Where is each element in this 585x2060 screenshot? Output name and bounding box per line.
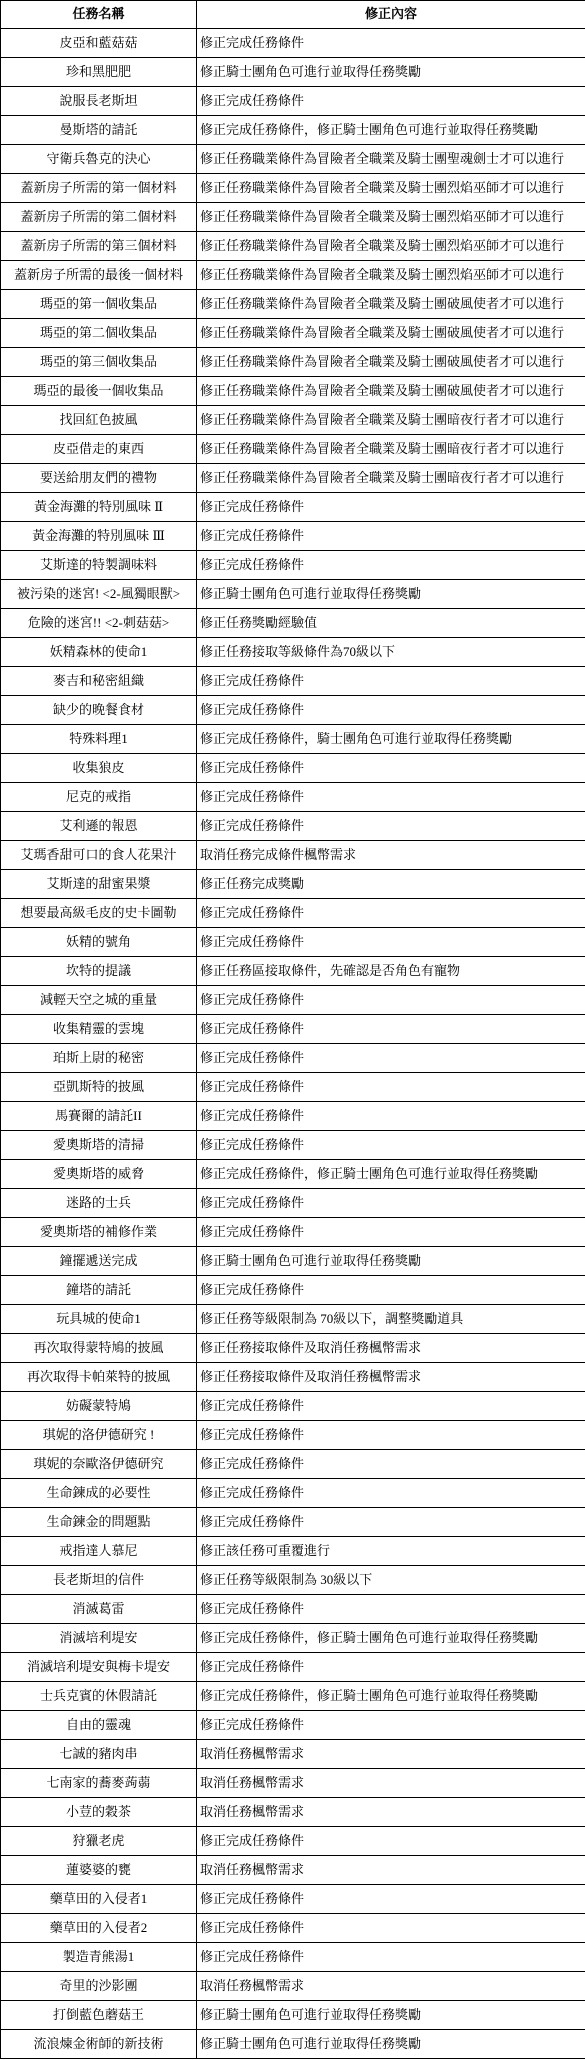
fix-content-cell: 取消任務楓幣需求: [197, 1769, 585, 1798]
quest-name-cell: 愛奧斯塔的威脅: [1, 1160, 197, 1189]
quest-name-cell: 黃金海灘的特別風味 Ⅱ: [1, 493, 197, 522]
table-row: 收集精靈的雲塊修正完成任務條件: [1, 1015, 585, 1044]
fix-content-cell: 修正完成任務條件: [197, 1595, 585, 1624]
quest-name-cell: 奇里的沙影團: [1, 1972, 197, 2001]
fix-content-cell: 取消任務楓幣需求: [197, 1856, 585, 1885]
fix-content-cell: 修正完成任務條件: [197, 1827, 585, 1856]
fix-content-cell: 修正騎士團角色可進行並取得任務獎勵: [197, 2001, 585, 2030]
quest-name-cell: 瑪亞的最後一個收集品: [1, 377, 197, 406]
quest-name-cell: 狩獵老虎: [1, 1827, 197, 1856]
fix-content-cell: 修正任務接取條件及取消任務楓幣需求: [197, 1334, 585, 1363]
quest-name-cell: 生命鍊成的必要性: [1, 1479, 197, 1508]
table-row: 流浪煉金術師的新技術修正騎士團角色可進行並取得任務獎勵: [1, 2030, 585, 2059]
quest-name-cell: 守衛兵魯克的決心: [1, 145, 197, 174]
table-row: 長老斯坦的信件修正任務等級限制為 30級以下: [1, 1566, 585, 1595]
quest-name-cell: 馬賽爾的請託II: [1, 1102, 197, 1131]
table-row: 再次取得蒙特鳩的披風修正任務接取條件及取消任務楓幣需求: [1, 1334, 585, 1363]
table-row: 愛奧斯塔的清掃修正完成任務條件: [1, 1131, 585, 1160]
quest-name-cell: 皮亞借走的東西: [1, 435, 197, 464]
table-row: 消滅培利堤安修正完成任務條件，修正騎士團角色可進行並取得任務獎勵: [1, 1624, 585, 1653]
table-row: 蓋新房子所需的第三個材料修正任務職業條件為冒險者全職業及騎士團烈焰巫師才可以進行: [1, 232, 585, 261]
fix-content-cell: 修正完成任務條件，修正騎士團角色可進行並取得任務獎勵: [197, 116, 585, 145]
table-row: 鐘塔的請託修正完成任務條件: [1, 1276, 585, 1305]
quest-name-cell: 艾利遜的報恩: [1, 812, 197, 841]
table-row: 小荳的穀茶取消任務楓幣需求: [1, 1798, 585, 1827]
fix-content-cell: 修正完成任務條件: [197, 1479, 585, 1508]
table-row: 特殊料理1修正完成任務條件，騎士團角色可進行並取得任務獎勵: [1, 725, 585, 754]
table-row: 缺少的晚餐食材修正完成任務條件: [1, 696, 585, 725]
quest-name-cell: 瑪亞的第二個收集品: [1, 319, 197, 348]
table-row: 瑪亞的第一個收集品修正任務職業條件為冒險者全職業及騎士團破風使者才可以進行: [1, 290, 585, 319]
quest-name-cell: 藥草田的入侵者2: [1, 1914, 197, 1943]
fix-content-cell: 修正任務職業條件為冒險者全職業及騎士團烈焰巫師才可以進行: [197, 261, 585, 290]
quest-name-cell: 瑪亞的第三個收集品: [1, 348, 197, 377]
quest-name-cell: 蓋新房子所需的第二個材料: [1, 203, 197, 232]
quest-name-cell: 琪妮的奈歐洛伊德研究: [1, 1450, 197, 1479]
quest-name-cell: 蓮婆婆的甕: [1, 1856, 197, 1885]
table-row: 奇里的沙影團取消任務楓幣需求: [1, 1972, 585, 2001]
fix-content-cell: 修正任務職業條件為冒險者全職業及騎士團破風使者才可以進行: [197, 348, 585, 377]
table-row: 愛奧斯塔的威脅修正完成任務條件，修正騎士團角色可進行並取得任務獎勵: [1, 1160, 585, 1189]
fix-content-cell: 修正完成任務條件: [197, 928, 585, 957]
table-row: 蓋新房子所需的第二個材料修正任務職業條件為冒險者全職業及騎士團烈焰巫師才可以進行: [1, 203, 585, 232]
table-row: 皮亞借走的東西修正任務職業條件為冒險者全職業及騎士團暗夜行者才可以進行: [1, 435, 585, 464]
fix-content-cell: 修正完成任務條件: [197, 522, 585, 551]
table-row: 麥吉和秘密組織修正完成任務條件: [1, 667, 585, 696]
table-row: 生命鍊金的問題點修正完成任務條件: [1, 1508, 585, 1537]
quest-name-cell: 妨礙蒙特鳩: [1, 1392, 197, 1421]
table-row: 收集狼皮修正完成任務條件: [1, 754, 585, 783]
quest-name-cell: 鐘塔的請託: [1, 1276, 197, 1305]
quest-name-cell: 生命鍊金的問題點: [1, 1508, 197, 1537]
fix-content-cell: 修正任務職業條件為冒險者全職業及騎士團暗夜行者才可以進行: [197, 406, 585, 435]
quest-name-cell: 被污染的迷宮! <2-風獨眼獸>: [1, 580, 197, 609]
fix-content-cell: 修正任務職業條件為冒險者全職業及騎士團破風使者才可以進行: [197, 377, 585, 406]
table-row: 艾利遜的報恩修正完成任務條件: [1, 812, 585, 841]
table-row: 鐘擺遞送完成修正騎士團角色可進行並取得任務獎勵: [1, 1247, 585, 1276]
quest-fix-table: 任務名稱 修正內容 皮亞和藍菇菇修正完成任務條件珍和黑肥肥修正騎士團角色可進行並…: [0, 0, 585, 2059]
table-row: 珀斯上尉的秘密修正完成任務條件: [1, 1044, 585, 1073]
quest-name-cell: 鐘擺遞送完成: [1, 1247, 197, 1276]
quest-name-cell: 琪妮的洛伊德研究 !: [1, 1421, 197, 1450]
quest-name-cell: 長老斯坦的信件: [1, 1566, 197, 1595]
quest-name-cell: 蓋新房子所需的第三個材料: [1, 232, 197, 261]
fix-content-cell: 修正騎士團角色可進行並取得任務獎勵: [197, 2030, 585, 2059]
fix-content-cell: 修正任務獎勵經驗值: [197, 609, 585, 638]
fix-content-cell: 修正完成任務條件，修正騎士團角色可進行並取得任務獎勵: [197, 1624, 585, 1653]
quest-name-cell: 自由的靈魂: [1, 1711, 197, 1740]
table-row: 危險的迷宮!! <2-刺菇菇>修正任務獎勵經驗值: [1, 609, 585, 638]
quest-name-cell: 缺少的晚餐食材: [1, 696, 197, 725]
table-row: 製造青熊湯1修正完成任務條件: [1, 1943, 585, 1972]
table-header: 任務名稱 修正內容: [1, 1, 585, 29]
table-row: 艾斯達的特製調味料修正完成任務條件: [1, 551, 585, 580]
table-row: 皮亞和藍菇菇修正完成任務條件: [1, 29, 585, 58]
fix-content-cell: 修正完成任務條件: [197, 1189, 585, 1218]
quest-name-cell: 想要最高級毛皮的史卡圖勒: [1, 899, 197, 928]
quest-name-cell: 珀斯上尉的秘密: [1, 1044, 197, 1073]
quest-name-cell: 瑪亞的第一個收集品: [1, 290, 197, 319]
fix-content-cell: 修正任務區接取條件，先確認是否角色有寵物: [197, 957, 585, 986]
fix-content-cell: 修正完成任務條件: [197, 1450, 585, 1479]
quest-name-cell: 流浪煉金術師的新技術: [1, 2030, 197, 2059]
table-row: 藥草田的入侵者2修正完成任務條件: [1, 1914, 585, 1943]
table-row: 迷路的士兵修正完成任務條件: [1, 1189, 585, 1218]
table-row: 尼克的戒指修正完成任務條件: [1, 783, 585, 812]
quest-name-cell: 尼克的戒指: [1, 783, 197, 812]
fix-content-cell: 修正完成任務條件: [197, 1508, 585, 1537]
table-row: 馬賽爾的請託II修正完成任務條件: [1, 1102, 585, 1131]
quest-name-cell: 要送給朋友們的禮物: [1, 464, 197, 493]
table-row: 黃金海灘的特別風味 Ⅱ修正完成任務條件: [1, 493, 585, 522]
table-row: 再次取得卡帕萊特的披風修正任務接取條件及取消任務楓幣需求: [1, 1363, 585, 1392]
fix-content-cell: 修正完成任務條件: [197, 667, 585, 696]
quest-name-cell: 再次取得蒙特鳩的披風: [1, 1334, 197, 1363]
fix-content-cell: 取消任務楓幣需求: [197, 1972, 585, 2001]
quest-name-cell: 特殊料理1: [1, 725, 197, 754]
quest-name-cell: 藥草田的入侵者1: [1, 1885, 197, 1914]
fix-content-cell: 修正完成任務條件: [197, 1914, 585, 1943]
fix-content-cell: 修正任務職業條件為冒險者全職業及騎士團破風使者才可以進行: [197, 290, 585, 319]
table-row: 坎特的提議修正任務區接取條件，先確認是否角色有寵物: [1, 957, 585, 986]
table-row: 珍和黑肥肥修正騎士團角色可進行並取得任務獎勵: [1, 58, 585, 87]
fix-content-cell: 修正完成任務條件: [197, 1392, 585, 1421]
fix-content-cell: 修正完成任務條件: [197, 696, 585, 725]
fix-content-cell: 修正完成任務條件: [197, 754, 585, 783]
table-row: 瑪亞的最後一個收集品修正任務職業條件為冒險者全職業及騎士團破風使者才可以進行: [1, 377, 585, 406]
fix-content-cell: 修正任務職業條件為冒險者全職業及騎士團烈焰巫師才可以進行: [197, 203, 585, 232]
fix-content-cell: 修正該任務可重覆進行: [197, 1537, 585, 1566]
fix-content-cell: 修正完成任務條件: [197, 1218, 585, 1247]
quest-name-cell: 蓋新房子所需的第一個材料: [1, 174, 197, 203]
fix-content-cell: 修正完成任務條件，騎士團角色可進行並取得任務獎勵: [197, 725, 585, 754]
quest-name-cell: 艾斯達的甜蜜果漿: [1, 870, 197, 899]
column-header-fix-content: 修正內容: [197, 1, 585, 29]
table-row: 消滅培利堤安與梅卡堤安修正完成任務條件: [1, 1653, 585, 1682]
quest-name-cell: 蓋新房子所需的最後一個材料: [1, 261, 197, 290]
quest-name-cell: 七南家的蕎麥蒟蒻: [1, 1769, 197, 1798]
quest-name-cell: 打倒藍色蘑菇王: [1, 2001, 197, 2030]
fix-content-cell: 修正完成任務條件: [197, 899, 585, 928]
fix-content-cell: 修正完成任務條件: [197, 1276, 585, 1305]
fix-content-cell: 修正完成任務條件: [197, 1885, 585, 1914]
fix-content-cell: 修正任務等級限制為 30級以下: [197, 1566, 585, 1595]
quest-name-cell: 危險的迷宮!! <2-刺菇菇>: [1, 609, 197, 638]
quest-name-cell: 愛奧斯塔的清掃: [1, 1131, 197, 1160]
fix-content-cell: 修正完成任務條件，修正騎士團角色可進行並取得任務獎勵: [197, 1682, 585, 1711]
table-row: 找回紅色披風修正任務職業條件為冒險者全職業及騎士團暗夜行者才可以進行: [1, 406, 585, 435]
fix-content-cell: 修正任務接取等級條件為70級以下: [197, 638, 585, 667]
fix-content-cell: 修正完成任務條件: [197, 1015, 585, 1044]
quest-name-cell: 消滅葛雷: [1, 1595, 197, 1624]
quest-name-cell: 士兵克賓的休假請託: [1, 1682, 197, 1711]
quest-name-cell: 製造青熊湯1: [1, 1943, 197, 1972]
table-row: 瑪亞的第二個收集品修正任務職業條件為冒險者全職業及騎士團破風使者才可以進行: [1, 319, 585, 348]
fix-content-cell: 取消任務楓幣需求: [197, 1798, 585, 1827]
quest-name-cell: 愛奧斯塔的補修作業: [1, 1218, 197, 1247]
fix-content-cell: 修正完成任務條件: [197, 1131, 585, 1160]
table-row: 曼斯塔的請託修正完成任務條件，修正騎士團角色可進行並取得任務獎勵: [1, 116, 585, 145]
quest-name-cell: 珍和黑肥肥: [1, 58, 197, 87]
table-row: 愛奧斯塔的補修作業修正完成任務條件: [1, 1218, 585, 1247]
quest-name-cell: 收集狼皮: [1, 754, 197, 783]
quest-name-cell: 收集精靈的雲塊: [1, 1015, 197, 1044]
table-row: 琪妮的洛伊德研究 !修正完成任務條件: [1, 1421, 585, 1450]
quest-name-cell: 小荳的穀茶: [1, 1798, 197, 1827]
table-row: 蓮婆婆的甕取消任務楓幣需求: [1, 1856, 585, 1885]
table-row: 艾瑪香甜可口的食人花果汁取消任務完成條件楓幣需求: [1, 841, 585, 870]
table-row: 妖精森林的使命1修正任務接取等級條件為70級以下: [1, 638, 585, 667]
table-row: 被污染的迷宮! <2-風獨眼獸>修正騎士團角色可進行並取得任務獎勵: [1, 580, 585, 609]
quest-name-cell: 妖精的號角: [1, 928, 197, 957]
table-row: 玩具城的使命1修正任務等級限制為 70級以下，調整獎勵道具: [1, 1305, 585, 1334]
fix-content-cell: 修正完成任務條件: [197, 812, 585, 841]
quest-name-cell: 黃金海灘的特別風味 Ⅲ: [1, 522, 197, 551]
quest-name-cell: 艾斯達的特製調味料: [1, 551, 197, 580]
table-row: 妨礙蒙特鳩修正完成任務條件: [1, 1392, 585, 1421]
quest-name-cell: 玩具城的使命1: [1, 1305, 197, 1334]
table-row: 減輕天空之城的重量修正完成任務條件: [1, 986, 585, 1015]
quest-name-cell: 消滅培利堤安: [1, 1624, 197, 1653]
table-row: 艾斯達的甜蜜果漿修正任務完成獎勵: [1, 870, 585, 899]
fix-content-cell: 修正完成任務條件: [197, 986, 585, 1015]
quest-name-cell: 找回紅色披風: [1, 406, 197, 435]
fix-content-cell: 修正完成任務條件: [197, 1711, 585, 1740]
quest-name-cell: 艾瑪香甜可口的食人花果汁: [1, 841, 197, 870]
fix-content-cell: 修正完成任務條件: [197, 1421, 585, 1450]
table-row: 守衛兵魯克的決心修正任務職業條件為冒險者全職業及騎士團聖魂劍士才可以進行: [1, 145, 585, 174]
quest-name-cell: 說服長老斯坦: [1, 87, 197, 116]
fix-content-cell: 修正完成任務條件: [197, 493, 585, 522]
table-row: 蓋新房子所需的第一個材料修正任務職業條件為冒險者全職業及騎士團烈焰巫師才可以進行: [1, 174, 585, 203]
table-row: 七南家的蕎麥蒟蒻取消任務楓幣需求: [1, 1769, 585, 1798]
fix-content-cell: 修正任務職業條件為冒險者全職業及騎士團烈焰巫師才可以進行: [197, 174, 585, 203]
quest-name-cell: 減輕天空之城的重量: [1, 986, 197, 1015]
quest-name-cell: 再次取得卡帕萊特的披風: [1, 1363, 197, 1392]
quest-name-cell: 皮亞和藍菇菇: [1, 29, 197, 58]
table-row: 戒指達人慕尼修正該任務可重覆進行: [1, 1537, 585, 1566]
fix-content-cell: 修正任務職業條件為冒險者全職業及騎士團暗夜行者才可以進行: [197, 464, 585, 493]
fix-content-cell: 修正完成任務條件: [197, 29, 585, 58]
fix-content-cell: 修正騎士團角色可進行並取得任務獎勵: [197, 58, 585, 87]
fix-content-cell: 修正任務接取條件及取消任務楓幣需求: [197, 1363, 585, 1392]
table-body: 皮亞和藍菇菇修正完成任務條件珍和黑肥肥修正騎士團角色可進行並取得任務獎勵說服長老…: [1, 29, 585, 2059]
quest-name-cell: 麥吉和秘密組織: [1, 667, 197, 696]
quest-name-cell: 妖精森林的使命1: [1, 638, 197, 667]
table-row: 黃金海灘的特別風味 Ⅲ修正完成任務條件: [1, 522, 585, 551]
fix-content-cell: 修正任務完成獎勵: [197, 870, 585, 899]
quest-name-cell: 七誠的豬肉串: [1, 1740, 197, 1769]
table-row: 說服長老斯坦修正完成任務條件: [1, 87, 585, 116]
fix-content-cell: 修正完成任務條件: [197, 1044, 585, 1073]
table-row: 七誠的豬肉串取消任務楓幣需求: [1, 1740, 585, 1769]
fix-content-cell: 修正任務等級限制為 70級以下，調整獎勵道具: [197, 1305, 585, 1334]
table-row: 琪妮的奈歐洛伊德研究修正完成任務條件: [1, 1450, 585, 1479]
table-row: 蓋新房子所需的最後一個材料修正任務職業條件為冒險者全職業及騎士團烈焰巫師才可以進…: [1, 261, 585, 290]
table-row: 妖精的號角修正完成任務條件: [1, 928, 585, 957]
fix-content-cell: 取消任務完成條件楓幣需求: [197, 841, 585, 870]
header-row: 任務名稱 修正內容: [1, 1, 585, 29]
table-row: 打倒藍色蘑菇王修正騎士團角色可進行並取得任務獎勵: [1, 2001, 585, 2030]
fix-content-cell: 修正騎士團角色可進行並取得任務獎勵: [197, 1247, 585, 1276]
table-row: 生命鍊成的必要性修正完成任務條件: [1, 1479, 585, 1508]
fix-content-cell: 修正完成任務條件: [197, 1943, 585, 1972]
fix-content-cell: 修正完成任務條件: [197, 1653, 585, 1682]
fix-content-cell: 修正騎士團角色可進行並取得任務獎勵: [197, 580, 585, 609]
quest-name-cell: 戒指達人慕尼: [1, 1537, 197, 1566]
fix-content-cell: 修正任務職業條件為冒險者全職業及騎士團破風使者才可以進行: [197, 319, 585, 348]
quest-name-cell: 亞凱斯特的披風: [1, 1073, 197, 1102]
fix-content-cell: 修正完成任務條件: [197, 551, 585, 580]
quest-name-cell: 曼斯塔的請託: [1, 116, 197, 145]
column-header-quest-name: 任務名稱: [1, 1, 197, 29]
fix-content-cell: 修正任務職業條件為冒險者全職業及騎士團暗夜行者才可以進行: [197, 435, 585, 464]
fix-content-cell: 修正完成任務條件: [197, 1073, 585, 1102]
table-row: 自由的靈魂修正完成任務條件: [1, 1711, 585, 1740]
table-row: 瑪亞的第三個收集品修正任務職業條件為冒險者全職業及騎士團破風使者才可以進行: [1, 348, 585, 377]
table-row: 消滅葛雷修正完成任務條件: [1, 1595, 585, 1624]
table-row: 狩獵老虎修正完成任務條件: [1, 1827, 585, 1856]
fix-content-cell: 修正任務職業條件為冒險者全職業及騎士團烈焰巫師才可以進行: [197, 232, 585, 261]
fix-content-cell: 修正完成任務條件: [197, 87, 585, 116]
fix-content-cell: 修正任務職業條件為冒險者全職業及騎士團聖魂劍士才可以進行: [197, 145, 585, 174]
table-row: 士兵克賓的休假請託修正完成任務條件，修正騎士團角色可進行並取得任務獎勵: [1, 1682, 585, 1711]
fix-content-cell: 修正完成任務條件: [197, 783, 585, 812]
quest-name-cell: 迷路的士兵: [1, 1189, 197, 1218]
table-row: 亞凱斯特的披風修正完成任務條件: [1, 1073, 585, 1102]
fix-content-cell: 修正完成任務條件: [197, 1102, 585, 1131]
quest-name-cell: 消滅培利堤安與梅卡堤安: [1, 1653, 197, 1682]
fix-content-cell: 取消任務楓幣需求: [197, 1740, 585, 1769]
fix-content-cell: 修正完成任務條件，修正騎士團角色可進行並取得任務獎勵: [197, 1160, 585, 1189]
table-row: 要送給朋友們的禮物修正任務職業條件為冒險者全職業及騎士團暗夜行者才可以進行: [1, 464, 585, 493]
table-row: 藥草田的入侵者1修正完成任務條件: [1, 1885, 585, 1914]
quest-name-cell: 坎特的提議: [1, 957, 197, 986]
table-row: 想要最高級毛皮的史卡圖勒修正完成任務條件: [1, 899, 585, 928]
